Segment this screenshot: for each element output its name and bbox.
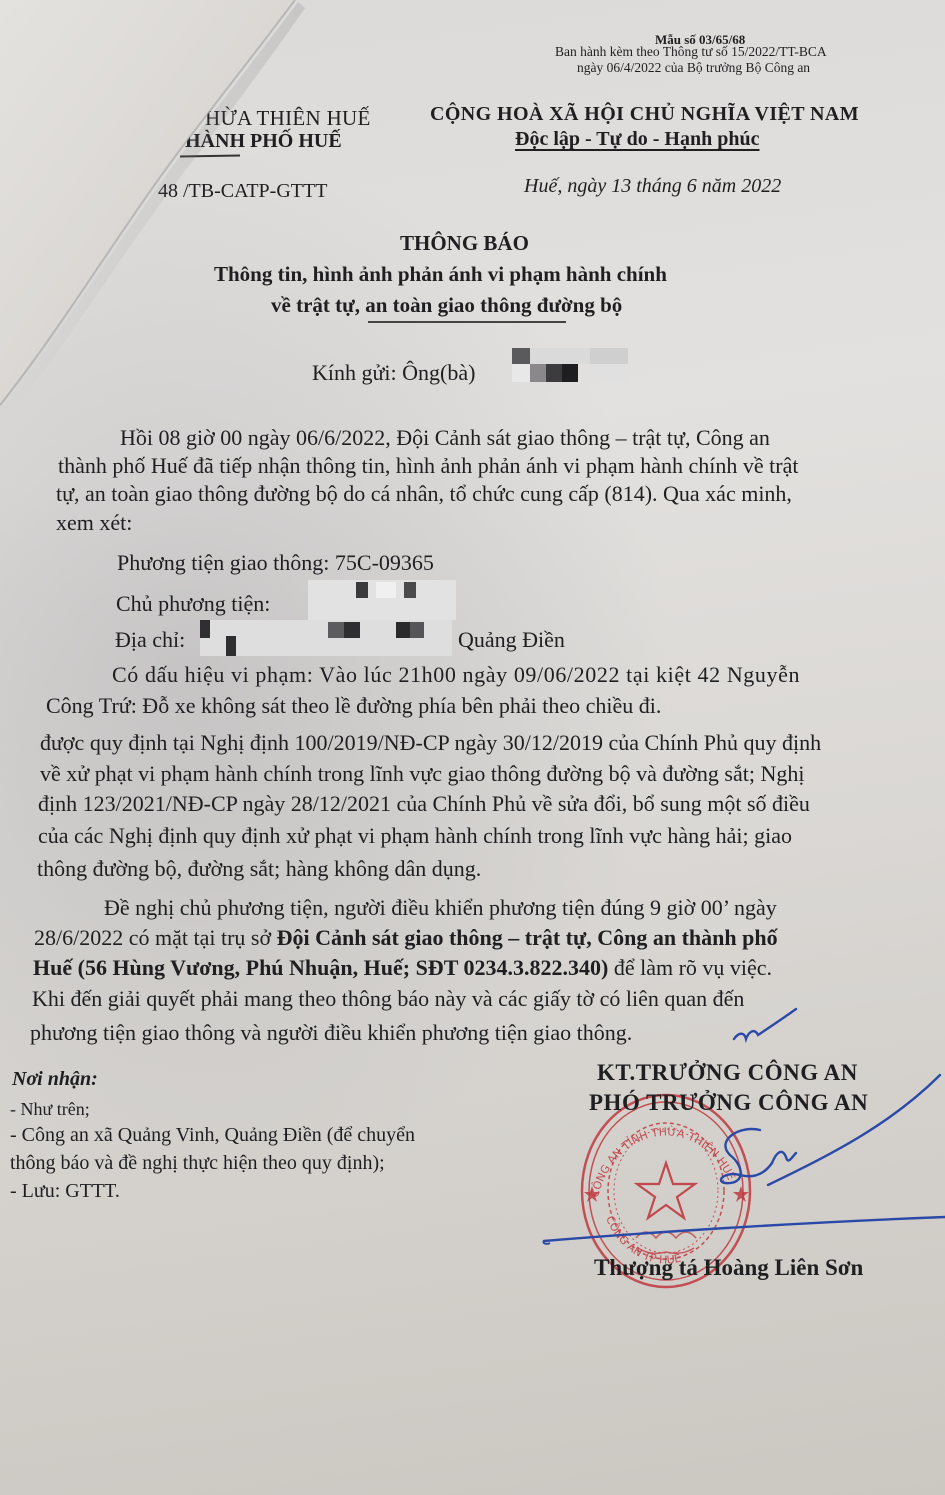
document-title: THÔNG BÁO	[400, 231, 529, 256]
recipients-heading: Nơi nhận:	[12, 1068, 98, 1091]
body-para1-line4: xem xét:	[56, 510, 132, 536]
vehicle-label: Phương tiện giao thông:	[117, 550, 329, 575]
legal-basis-line1: được quy định tại Nghị định 100/2019/NĐ-…	[40, 730, 821, 756]
national-title: CỘNG HOÀ XÃ HỘI CHỦ NGHĨA VIỆT NAM	[430, 103, 859, 126]
body-para1-line3: tự, an toàn giao thông đường bộ do cá nh…	[56, 481, 792, 507]
place-and-date: Huế, ngày 13 tháng 6 năm 2022	[524, 175, 781, 198]
request-purpose: để làm rõ vụ việc.	[608, 955, 772, 980]
body-para1-line2: thành phố Huế đã tiếp nhận thông tin, hì…	[58, 453, 799, 479]
recipient-name-redacted	[512, 348, 628, 382]
vehicle-row: Phương tiện giao thông: 75C-09365	[117, 550, 434, 576]
address-district: Quảng Điền	[458, 627, 565, 653]
issuing-agency: HÀNH PHỐ HUẾ	[185, 130, 342, 153]
form-issued-line1: Ban hành kèm theo Thông tư số 15/2022/TT…	[555, 44, 827, 60]
request-office-name: Đội Cảnh sát giao thông – trật tự, Công …	[277, 925, 778, 950]
violation-line1: Có dấu hiệu vi phạm: Vào lúc 21h00 ngày …	[112, 662, 800, 688]
address-label: Địa chỉ:	[115, 627, 185, 653]
legal-basis-line4: của các Nghị định quy định xử phạt vi ph…	[38, 823, 792, 849]
request-line3: Huế (56 Hùng Vương, Phú Nhuận, Huế; SĐT …	[33, 955, 772, 981]
document-subtitle-line2: về trật tự, an toàn giao thông đường bộ	[271, 293, 622, 318]
request-line5: phương tiện giao thông và người điều khi…	[30, 1020, 632, 1046]
owner-name-redacted	[308, 580, 456, 620]
vehicle-plate: 75C-09365	[335, 550, 434, 575]
issuing-agency-parent: HỪA THIÊN HUẾ	[205, 106, 371, 131]
recipient-item: - Công an xã Quảng Vinh, Quảng Điền (để …	[10, 1124, 415, 1147]
violation-line2: Công Trứ: Đỗ xe không sát theo lề đường …	[46, 693, 661, 719]
request-office-address: Huế (56 Hùng Vương, Phú Nhuận, Huế; SĐT …	[33, 955, 608, 980]
handwritten-signature-icon	[540, 1045, 945, 1295]
recipient-item: - Như trên;	[10, 1099, 90, 1120]
initial-mark-icon	[730, 1005, 800, 1045]
request-line1: Đề nghị chủ phương tiện, người điều khiể…	[104, 895, 777, 921]
document-subtitle-line1: Thông tin, hình ảnh phản ánh vi phạm hàn…	[214, 262, 667, 287]
request-date-text: 28/6/2022 có mặt tại trụ sở	[34, 925, 277, 950]
recipient-item: thông báo và đề nghị thực hiện theo quy …	[10, 1152, 385, 1175]
request-line4: Khi đến giải quyết phải mang theo thông …	[32, 986, 744, 1012]
subtitle-underline	[368, 321, 566, 323]
form-issued-line2: ngày 06/4/2022 của Bộ trưởng Bộ Công an	[577, 60, 810, 76]
address-redacted	[200, 620, 452, 656]
body-para1-line1: Hồi 08 giờ 00 ngày 06/6/2022, Đội Cảnh s…	[120, 425, 770, 451]
legal-basis-line2: về xử phạt vi phạm hành chính trong lĩnh…	[40, 761, 804, 787]
national-motto: Độc lập - Tự do - Hạnh phúc	[515, 128, 759, 151]
owner-label: Chủ phương tiện:	[116, 591, 270, 617]
greeting-label: Kính gửi: Ông(bà)	[312, 360, 475, 386]
recipient-item: - Lưu: GTTT.	[10, 1180, 120, 1203]
legal-basis-line5: thông đường bộ, đường sắt; hàng không dâ…	[37, 856, 481, 882]
request-line2: 28/6/2022 có mặt tại trụ sở Đội Cảnh sát…	[34, 925, 778, 951]
legal-basis-line3: định 123/2021/NĐ-CP ngày 28/12/2021 của …	[38, 791, 810, 817]
document-number: 48 /TB-CATP-GTTT	[158, 180, 327, 203]
